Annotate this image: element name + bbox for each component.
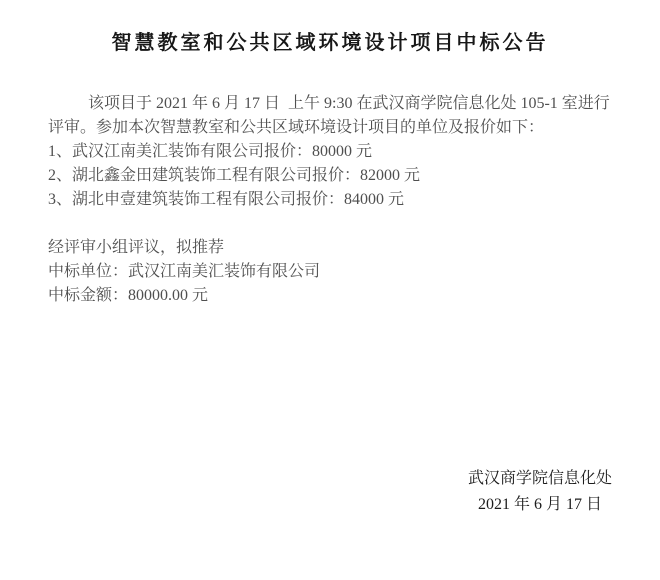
intro-line-2: 评审。参加本次智慧教室和公共区域环境设计项目的单位及报价如下： [48, 116, 632, 140]
evaluation-note: 经评审小组评议，拟推荐 [48, 236, 632, 260]
document-body: 该项目于 2021 年 6 月 17 日 上午 9:30 在武汉商学院信息化处 … [48, 92, 632, 308]
bidder-item: 1、武汉江南美汇装饰有限公司报价：80000 元 [48, 140, 632, 164]
bidder-item: 2、湖北鑫金田建筑装饰工程有限公司报价：82000 元 [48, 164, 632, 188]
intro-paragraph: 该项目于 2021 年 6 月 17 日 上午 9:30 在武汉商学院信息化处 … [48, 92, 632, 140]
winner-line: 中标单位：武汉江南美汇装饰有限公司 [48, 260, 632, 284]
award-result: 经评审小组评议，拟推荐 中标单位：武汉江南美汇装饰有限公司 中标金额：80000… [48, 236, 632, 308]
page-title: 智慧教室和公共区域环境设计项目中标公告 [0, 26, 660, 55]
signature-org: 武汉商学院信息化处 [468, 466, 612, 492]
bidder-item: 3、湖北申壹建筑装饰工程有限公司报价：84000 元 [48, 188, 632, 212]
signature-block: 武汉商学院信息化处 2021 年 6 月 17 日 [468, 466, 612, 518]
bidder-list: 1、武汉江南美汇装饰有限公司报价：80000 元 2、湖北鑫金田建筑装饰工程有限… [48, 140, 632, 212]
signature-date: 2021 年 6 月 17 日 [468, 492, 612, 518]
intro-line-1: 该项目于 2021 年 6 月 17 日 上午 9:30 在武汉商学院信息化处 … [48, 92, 632, 116]
amount-line: 中标金额：80000.00 元 [48, 284, 632, 308]
